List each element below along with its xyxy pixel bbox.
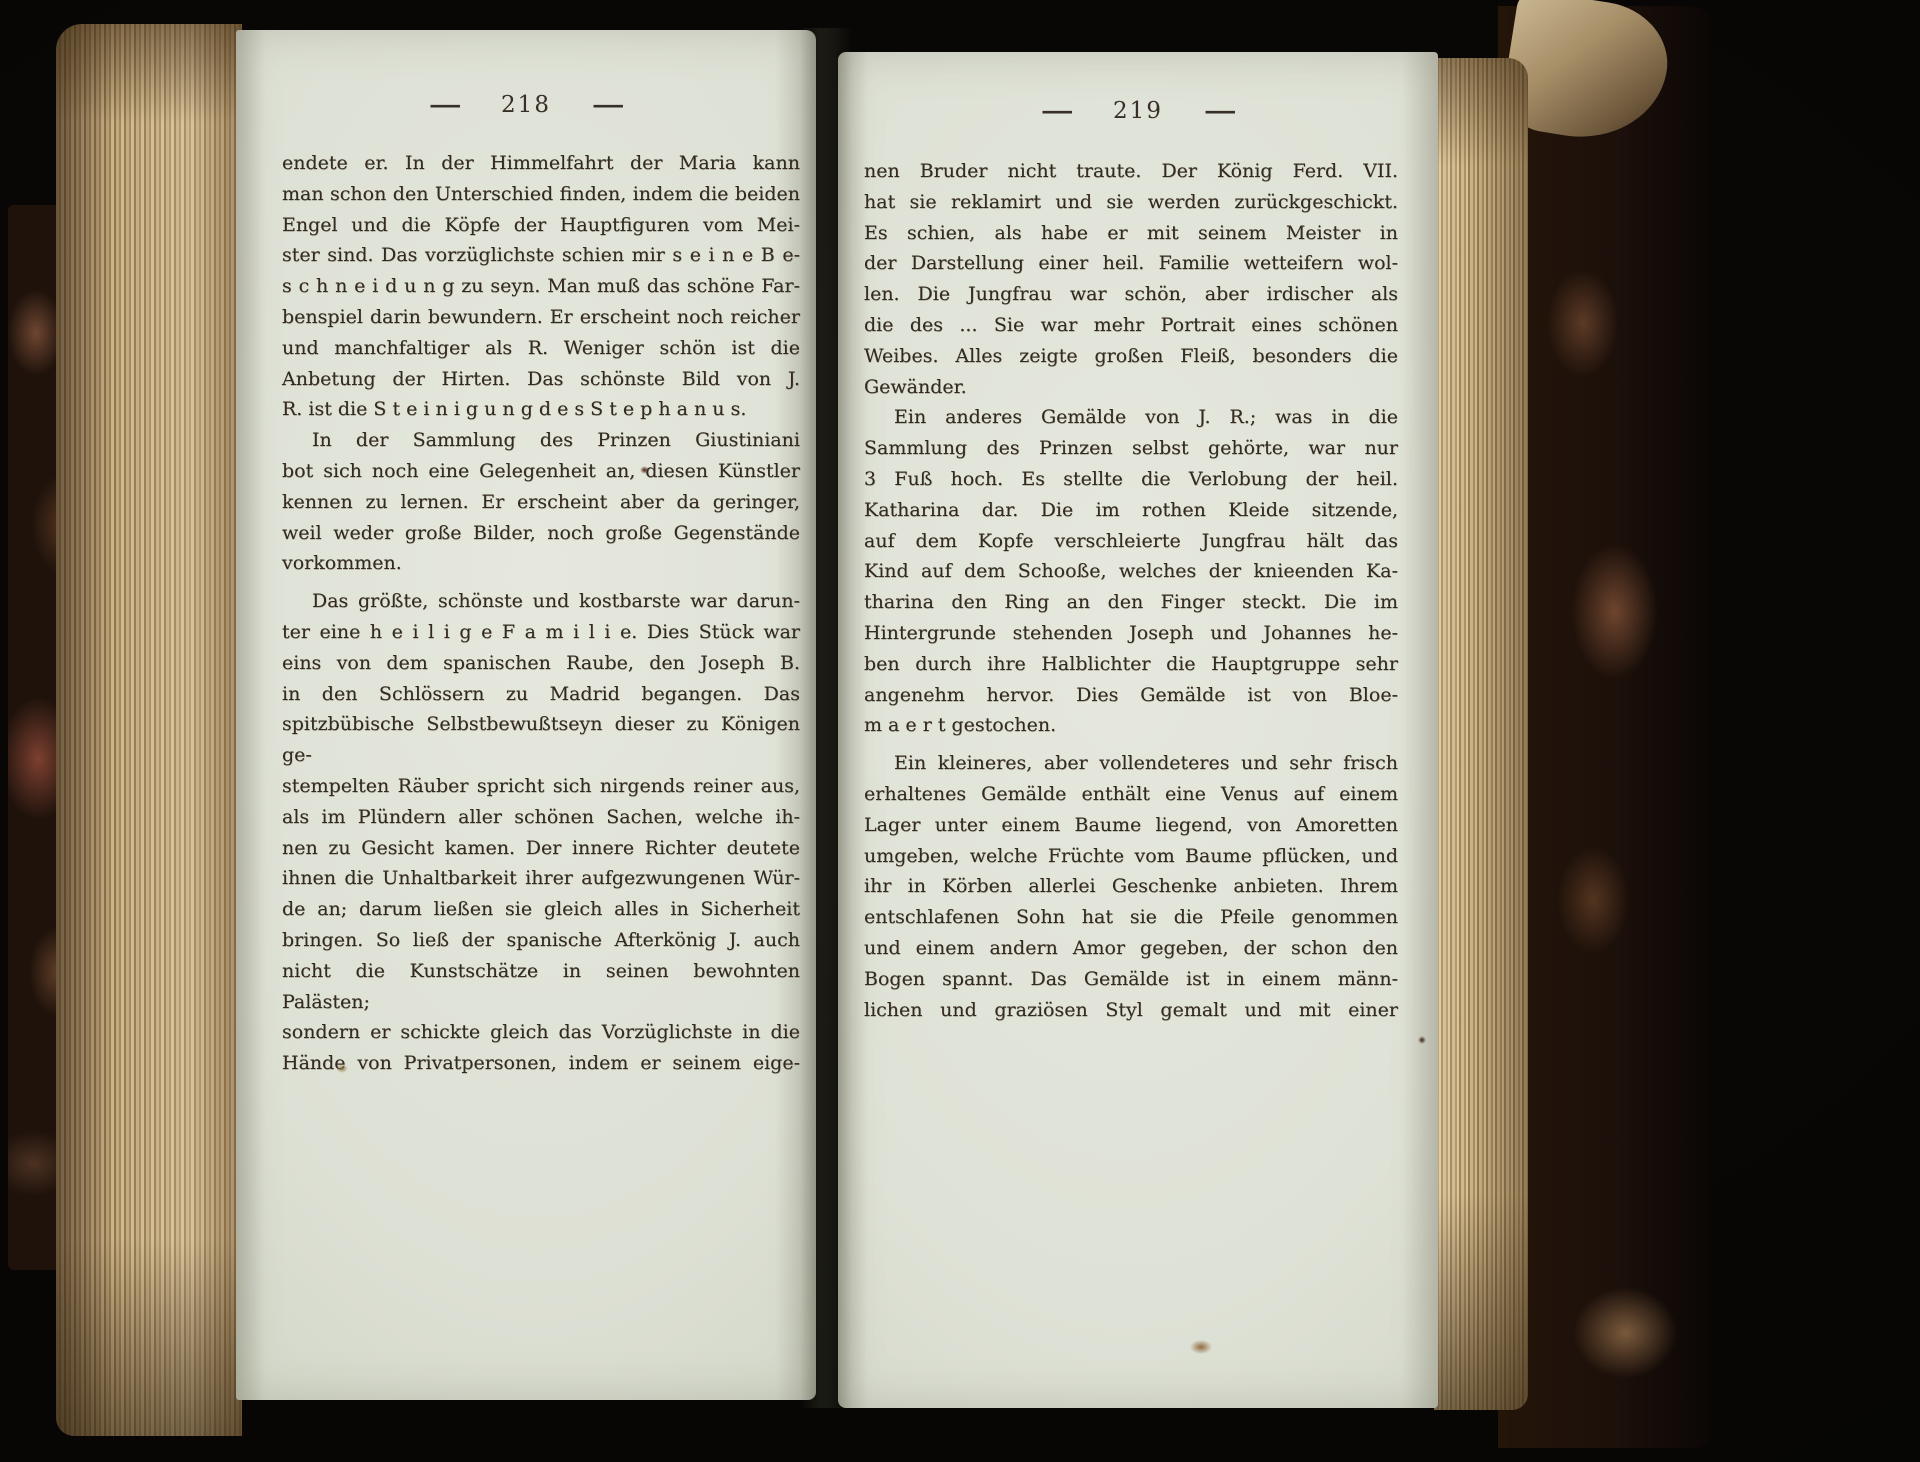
page-left: — 218 — endete er. In der Himmelfahrt de… bbox=[236, 30, 816, 1400]
text-line: eins von dem spanischen Raube, den Josep… bbox=[282, 648, 800, 679]
text-line: in den Schlössern zu Madrid begangen. Da… bbox=[282, 679, 800, 710]
text-line: Hintergrunde stehenden Joseph und Johann… bbox=[864, 618, 1398, 649]
page-header-left: — 218 — bbox=[236, 92, 816, 118]
page-left-text: endete er. In der Himmelfahrt der Maria … bbox=[282, 148, 800, 1079]
text-line: spitzbübische Selbstbewußtseyn dieser zu… bbox=[282, 709, 800, 771]
text-line: vorkommen. bbox=[282, 548, 800, 579]
text-line: Kind auf dem Schooße, welches der knieen… bbox=[864, 556, 1398, 587]
text-line: tharina den Ring an den Finger steckt. D… bbox=[864, 587, 1398, 618]
text-line: bringen. So ließ der spanische Afterköni… bbox=[282, 925, 800, 956]
header-dash-right: — bbox=[592, 92, 624, 118]
book-cover-right-marbled bbox=[1498, 6, 1710, 1448]
text-line: man schon den Unterschied finden, indem … bbox=[282, 179, 800, 210]
page-left-content: — 218 — bbox=[236, 92, 816, 118]
text-line: ter eine h e i l i g e F a m i l i e. Di… bbox=[282, 617, 800, 648]
text-line: R. ist die S t e i n i g u n g d e s S t… bbox=[282, 394, 800, 425]
text-line: stempelten Räuber spricht sich nirgends … bbox=[282, 771, 800, 802]
text-line: m a e r t gestochen. bbox=[864, 710, 1398, 741]
text-line: Es schien, als habe er mit seinem Meiste… bbox=[864, 218, 1398, 249]
text-line: hat sie reklamirt und sie werden zurückg… bbox=[864, 187, 1398, 218]
header-dash-right: — bbox=[1204, 98, 1236, 124]
text-line: und einem andern Amor gegeben, der schon… bbox=[864, 933, 1398, 964]
text-line: len. Die Jungfrau war schön, aber irdisc… bbox=[864, 279, 1398, 310]
text-line: ihnen die Unhaltbarkeit ihrer aufgezwung… bbox=[282, 863, 800, 894]
text-line: umgeben, welche Früchte vom Baume pflück… bbox=[864, 841, 1398, 872]
text-line: Lager unter einem Baume liegend, von Amo… bbox=[864, 810, 1398, 841]
text-line: nen Bruder nicht traute. Der König Ferd.… bbox=[864, 156, 1398, 187]
page-right-content: — 219 — bbox=[838, 98, 1438, 124]
text-line: Hände von Privatpersonen, indem er seine… bbox=[282, 1048, 800, 1079]
header-dash-left: — bbox=[429, 92, 461, 118]
text-line: lichen und graziösen Styl gemalt und mit… bbox=[864, 995, 1398, 1026]
text-line: und manchfaltiger als R. Weniger schön i… bbox=[282, 333, 800, 364]
text-line: angenehm hervor. Dies Gemälde ist von Bl… bbox=[864, 680, 1398, 711]
text-line: Bogen spannt. Das Gemälde ist in einem m… bbox=[864, 964, 1398, 995]
text-line: die des ... Sie war mehr Portrait eines … bbox=[864, 310, 1398, 341]
page-edges-left bbox=[56, 24, 242, 1436]
text-line: bot sich noch eine Gelegenheit an, diese… bbox=[282, 456, 800, 487]
text-line: 3 Fuß hoch. Es stellte die Verlobung der… bbox=[864, 464, 1398, 495]
text-line: nen zu Gesicht kamen. Der innere Richter… bbox=[282, 833, 800, 864]
page-right-text: nen Bruder nicht traute. Der König Ferd.… bbox=[864, 156, 1398, 1025]
text-line: ihr in Körben allerlei Geschenke anbiete… bbox=[864, 871, 1398, 902]
text-line: kennen zu lernen. Er erscheint aber da g… bbox=[282, 487, 800, 518]
text-line: als im Plündern aller schönen Sachen, we… bbox=[282, 802, 800, 833]
text-line: auf dem Kopfe verschleierte Jungfrau häl… bbox=[864, 526, 1398, 557]
text-line: endete er. In der Himmelfahrt der Maria … bbox=[282, 148, 800, 179]
text-line: ben durch ihre Halblichter die Hauptgrup… bbox=[864, 649, 1398, 680]
text-line: Das größte, schönste und kostbarste war … bbox=[282, 586, 800, 617]
page-right: — 219 — nen Bruder nicht traute. Der Kön… bbox=[838, 52, 1438, 1408]
text-line: Katharina dar. Die im rothen Kleide sitz… bbox=[864, 495, 1398, 526]
text-line: nicht die Kunstschätze in seinen bewohnt… bbox=[282, 956, 800, 1018]
text-line: ster sind. Das vorzüglichste schien mir … bbox=[282, 240, 800, 271]
text-line: In der Sammlung des Prinzen Giustiniani bbox=[282, 425, 800, 456]
photo-background: — 218 — endete er. In der Himmelfahrt de… bbox=[0, 0, 1920, 1462]
text-line: Engel und die Köpfe der Hauptfiguren vom… bbox=[282, 210, 800, 241]
text-line: de an; darum ließen sie gleich alles in … bbox=[282, 894, 800, 925]
text-line: entschlafenen Sohn hat sie die Pfeile ge… bbox=[864, 902, 1398, 933]
text-line: Weibes. Alles zeigte großen Fleiß, beson… bbox=[864, 341, 1398, 372]
page-edges-right bbox=[1434, 58, 1528, 1410]
page-number-218: 218 bbox=[501, 92, 551, 118]
text-line: der Darstellung einer heil. Familie wett… bbox=[864, 248, 1398, 279]
page-header-right: — 219 — bbox=[838, 98, 1438, 124]
text-line: erhaltenes Gemälde enthält eine Venus au… bbox=[864, 779, 1398, 810]
text-line: Sammlung des Prinzen selbst gehörte, war… bbox=[864, 433, 1398, 464]
text-line: Anbetung der Hirten. Das schönste Bild v… bbox=[282, 364, 800, 395]
text-line: Ein kleineres, aber vollendeteres und se… bbox=[864, 748, 1398, 779]
page-number-219: 219 bbox=[1113, 98, 1163, 124]
text-line: Gewänder. bbox=[864, 372, 1398, 403]
text-line: benspiel darin bewundern. Er erscheint n… bbox=[282, 302, 800, 333]
text-line: sondern er schickte gleich das Vorzüglic… bbox=[282, 1017, 800, 1048]
text-line: Ein anderes Gemälde von J. R.; was in di… bbox=[864, 402, 1398, 433]
text-line: weil weder große Bilder, noch große Gege… bbox=[282, 518, 800, 549]
text-line: s c h n e i d u n g zu seyn. Man muß das… bbox=[282, 271, 800, 302]
header-dash-left: — bbox=[1041, 98, 1073, 124]
